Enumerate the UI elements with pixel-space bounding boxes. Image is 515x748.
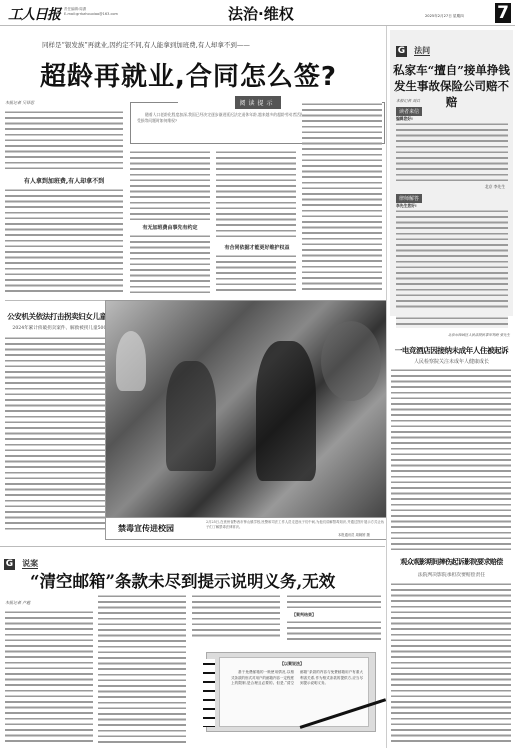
right-brief1-body xyxy=(391,368,511,550)
spiral-binding-icon xyxy=(203,659,215,727)
reader-letter-body xyxy=(396,122,508,184)
case-body-col1 xyxy=(5,610,93,744)
lead-body-col1a xyxy=(5,110,123,172)
right-brief2-body xyxy=(391,582,511,744)
lead-byline: 本报记者 吴铎思 xyxy=(5,100,34,106)
photo-caption-title: 禁毒宣传进校园 xyxy=(118,523,174,534)
reading-tips-label: 阅读提示 xyxy=(234,96,280,109)
case-commentary-text: 基于免费邮箱的一般使用情况,以格式条款的形式对用户的邮箱内容一定程度上的限制,是… xyxy=(231,670,363,712)
lead-body-col2a xyxy=(130,150,210,220)
newspaper-logo: 工人日报 xyxy=(8,4,60,24)
lead-subhead-2: 有无加班费由事先有约定 xyxy=(130,224,210,231)
qa-headline-line1: 私家车“擅自”接单挣钱 xyxy=(390,62,513,78)
reader-sign: 北京 李先生 xyxy=(485,184,505,190)
lead-subhead-3: 有合同依据才能更好维护权益 xyxy=(214,244,300,251)
section-title: 法治·维权 xyxy=(228,3,294,24)
lawyer-answer-tag: 律师解答 xyxy=(396,194,422,203)
answer-sign: 北京市西城区人民法院民事审判庭 张先生 xyxy=(392,332,510,337)
photo-caption-text: 2月25日,在贵州省黔西市钟山镇学校,民警和司法工作人员走进孩子们中间,为他们讲… xyxy=(206,520,384,532)
right-brief2-headline: 观众观影期间摔伤起诉影院要求赔偿 xyxy=(388,557,515,567)
lead-kicker: 同样是“银发族”再就业,因约定不同,有人能拿到加班费,有人却拿不到—— xyxy=(42,40,250,49)
photo-credit: 本报通讯员 周婉婷 摄 xyxy=(338,532,370,537)
lawyer-answer-body-cont xyxy=(396,316,508,328)
lead-body-col1b xyxy=(5,188,123,296)
lead-body-col3b xyxy=(216,254,296,294)
right-brief1-subheadline: 人民检察院关注未成年人健康成长 xyxy=(388,358,515,365)
g-column-icon: G xyxy=(4,559,15,570)
case-headline: “清空邮箱”条款未尽到提示说明义务,无效 xyxy=(30,568,335,592)
photo-caption-box: 禁毒宣传进校园 2月25日,在贵州省黔西市钟山镇学校,民警和司法工作人员走进孩子… xyxy=(105,518,387,540)
news-photo xyxy=(105,300,387,518)
right-brief1-headline: 一电竞酒店因接纳未成年人住被起诉 xyxy=(388,345,515,356)
lead-headline: 超龄再就业,合同怎么签? xyxy=(40,56,337,93)
case-body-col3 xyxy=(192,594,280,640)
case-body-col4 xyxy=(287,594,381,608)
right-brief2-subheadline: 法院判决影院承担次要赔偿责任 xyxy=(388,571,515,578)
case-body-col2 xyxy=(98,594,186,744)
issue-date: 2025年2月27日 星期四 xyxy=(425,14,464,19)
case-body-col4b xyxy=(287,620,381,642)
reader-letter-tag: 读者来信 xyxy=(396,107,422,116)
lead-body-col2b xyxy=(130,234,210,294)
case-commentary-notebook: 【以案说法】 基于免费邮箱的一般使用情况,以格式条款的形式对用户的邮箱内容一定程… xyxy=(206,652,376,732)
lead-body-col3a xyxy=(216,150,296,240)
case-verdict-label: 【案判结果】 xyxy=(292,612,316,618)
lawyer-answer-body xyxy=(396,209,508,309)
qa-headline-line2: 发生事故保险公司赔不赔 xyxy=(390,78,513,110)
qa-column-label: G 法问 xyxy=(396,38,430,57)
page-number: 7 xyxy=(495,3,511,23)
g-column-icon: G xyxy=(396,46,407,57)
case-byline: 本报记者 卢越 xyxy=(5,600,30,606)
qa-byline: 本报记者 刘兵 xyxy=(396,98,420,104)
case-commentary-title: 【以案说法】 xyxy=(207,661,377,667)
editor-info: 责任编辑:周潇 E-mail:grrbzhouxiao@163.com xyxy=(64,7,118,17)
qa-column: G 法问 私家车“擅自”接单挣钱 发生事故保险公司赔不赔 本报记者 刘兵 读者来… xyxy=(390,30,513,316)
lead-body-col4 xyxy=(302,102,382,294)
lead-subhead-1: 有人拿到加班费,有人却拿不到 xyxy=(5,176,123,185)
masthead: 工人日报 责任编辑:周潇 E-mail:grrbzhouxiao@163.com… xyxy=(0,0,515,26)
